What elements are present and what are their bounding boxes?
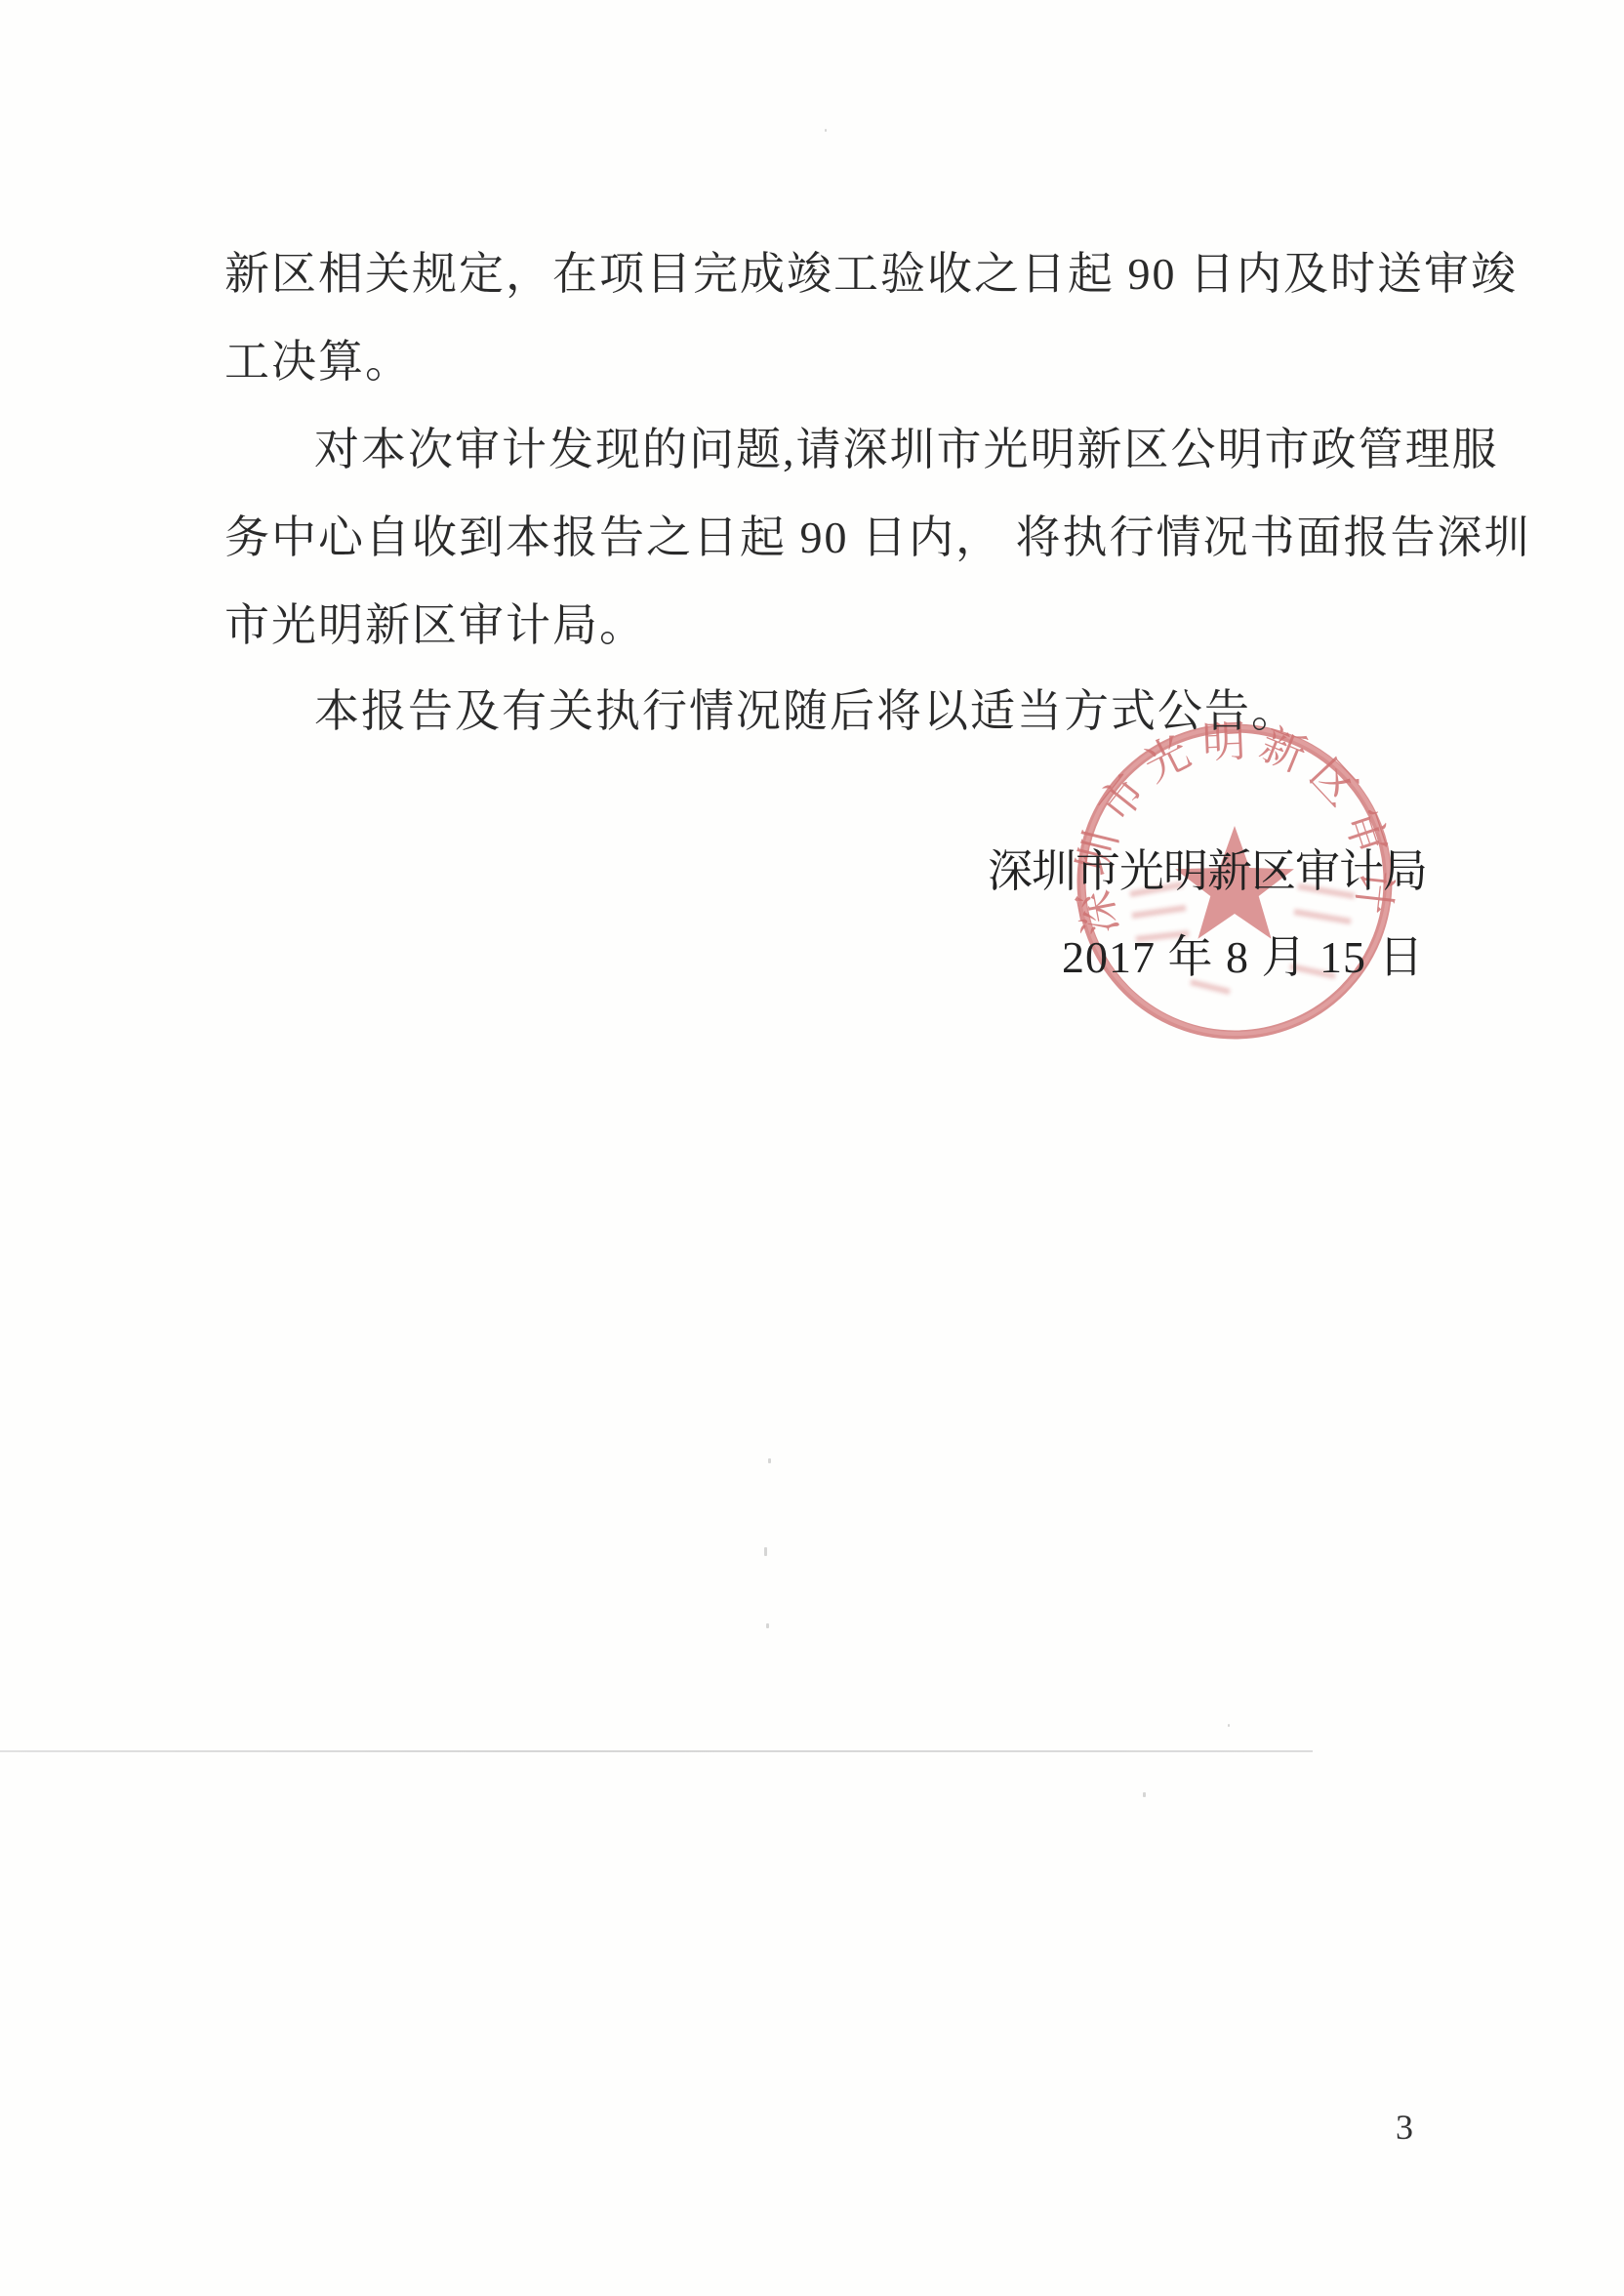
signature-organization: 深圳市光明新区审计局 xyxy=(988,836,1427,900)
paragraph-line-5: 市光明新区审计局。 xyxy=(224,595,646,656)
signature-date: 2017 年 8 月 15 日 xyxy=(1062,922,1425,986)
paragraph-line-1: 新区相关规定，在项目完成竣工验收之日起 90 日内及时送审竣 xyxy=(224,244,1518,305)
scanned-document-page: 新区相关规定，在项目完成竣工验收之日起 90 日内及时送审竣 工决算。 对本次审… xyxy=(0,0,1624,2296)
scan-speck xyxy=(1143,1792,1146,1797)
scan-artifact-line xyxy=(0,1750,1313,1752)
paragraph-line-6: 本报告及有关执行情况随后将以适当方式公告。 xyxy=(314,681,1298,742)
scan-speck xyxy=(1228,1724,1230,1727)
paragraph-line-2: 工决算。 xyxy=(224,332,412,392)
paragraph-line-3: 对本次审计发现的问题,请深圳市光明新区公明市政管理服 xyxy=(314,420,1499,480)
scan-speck xyxy=(825,129,827,132)
scan-speck xyxy=(768,1458,771,1463)
scan-speck xyxy=(764,1547,767,1556)
page-number: 3 xyxy=(1396,2107,1413,2148)
paragraph-line-4: 务中心自收到本报告之日起 90 日内， 将执行情况书面报告深圳 xyxy=(224,508,1531,568)
scan-speck xyxy=(766,1623,769,1628)
